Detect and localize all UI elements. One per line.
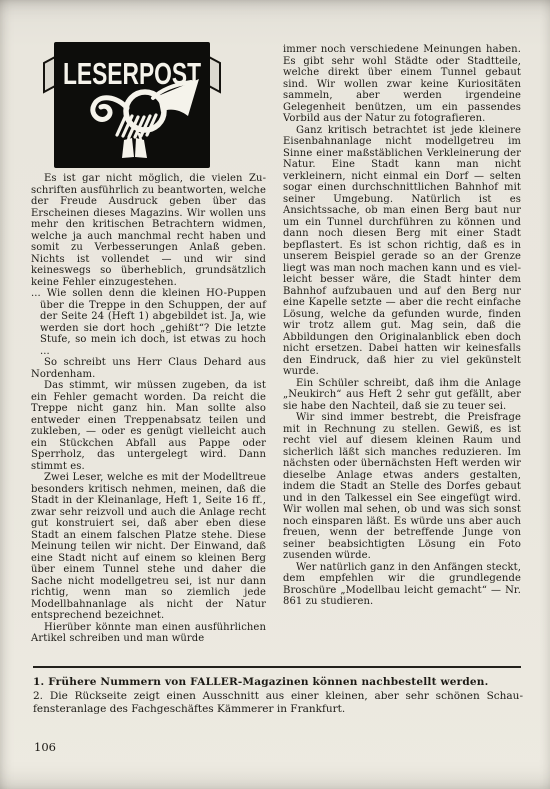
leserpost-logo: LESERPOST bbox=[41, 40, 223, 170]
footnotes: 1. Frühere Nummern von FALLER-Magazinen … bbox=[33, 676, 523, 717]
paragraph: immer noch verschiedene Meinungen ha­ben… bbox=[283, 44, 521, 125]
footnote-divider bbox=[33, 666, 521, 668]
right-column: immer noch verschiedene Meinungen ha­ben… bbox=[283, 44, 521, 608]
magazine-page: LESERPOST bbox=[0, 0, 550, 789]
paragraph: Hierüber könnte man einen ausführ­lichen… bbox=[31, 622, 266, 645]
paragraph: Ganz kritisch betrachtet ist jede klei­n… bbox=[283, 125, 521, 378]
footnote-2: 2. Die Rückseite zeigt einen Ausschnitt … bbox=[33, 690, 523, 717]
paragraph: Das stimmt, wir müssen zugeben, da ist e… bbox=[31, 380, 266, 472]
paragraph: Wer natürlich ganz in den Anfängen steck… bbox=[283, 562, 521, 608]
paragraph: Es ist gar nicht möglich, die vielen Zu­… bbox=[31, 173, 266, 288]
paragraph: Zwei Leser, welche es mit der Modell­tre… bbox=[31, 472, 266, 622]
paragraph: Ein Schüler schreibt, daß ihm die An­lag… bbox=[283, 378, 521, 413]
reader-quote: ... Wie sollen denn die kleinen HO-Puppe… bbox=[31, 288, 266, 357]
footnote-1: 1. Frühere Nummern von FALLER-Magazinen … bbox=[33, 676, 523, 690]
left-column: Es ist gar nicht möglich, die vielen Zu­… bbox=[31, 173, 266, 645]
paragraph: Wir sind immer bestrebt, die Preisfrage … bbox=[283, 412, 521, 562]
page-number: 106 bbox=[34, 740, 56, 754]
paragraph: So schreibt uns Herr Claus Dehard aus No… bbox=[31, 357, 266, 380]
